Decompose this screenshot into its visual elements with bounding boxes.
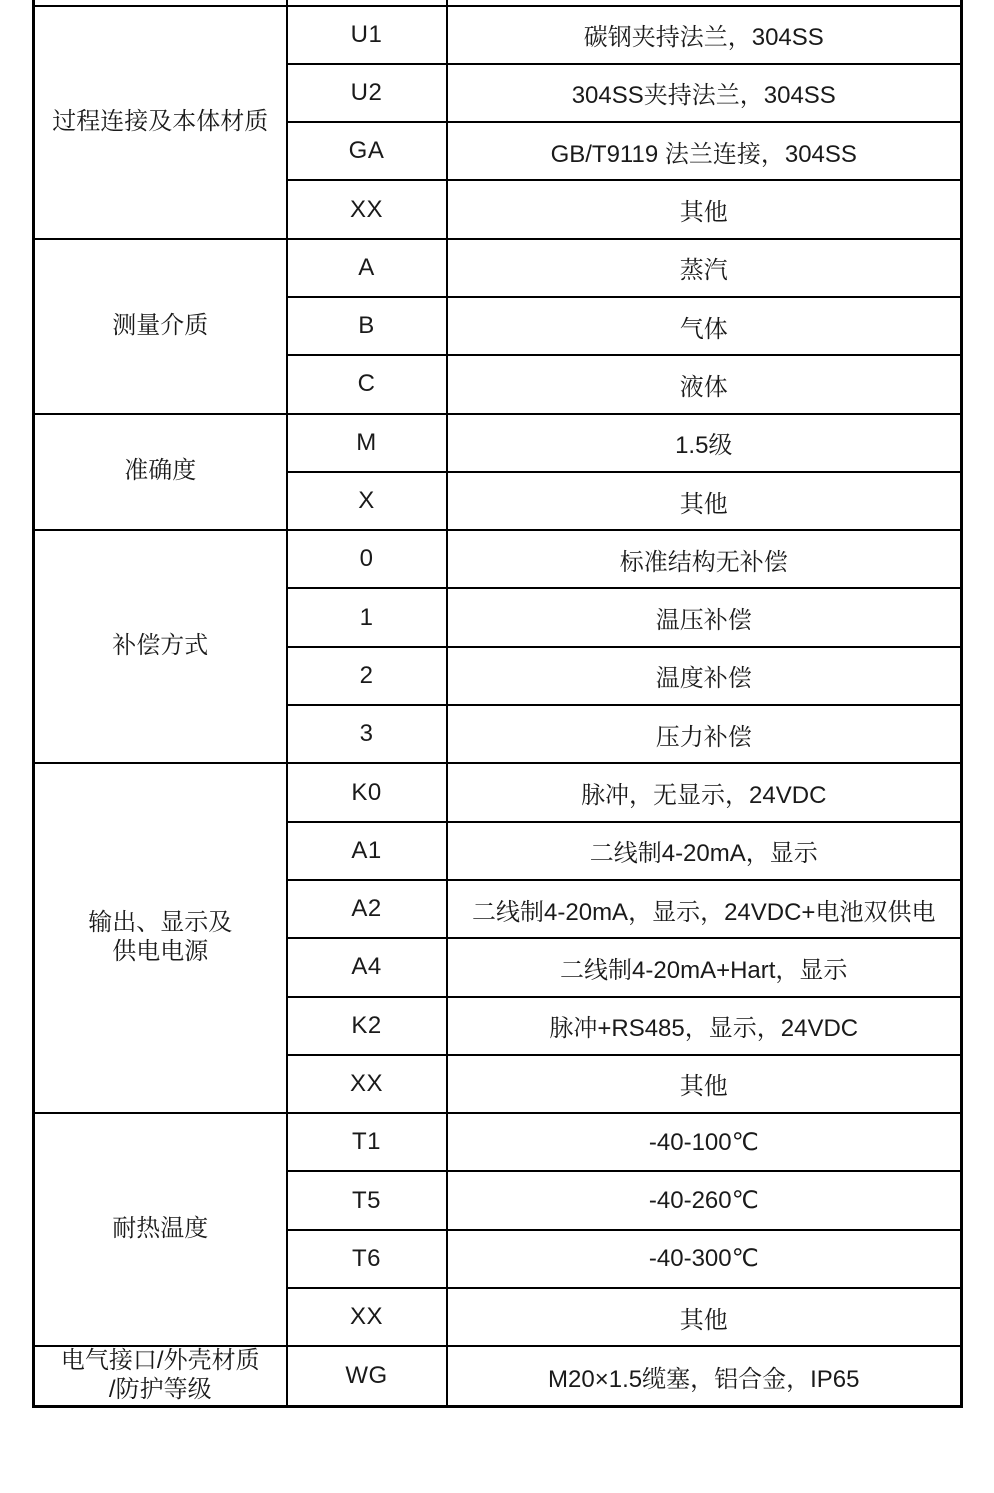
table-row: 测量介质 A 蒸汽 [34, 239, 962, 297]
code-cell: 2 [287, 647, 447, 705]
desc-cell: 标准结构无补偿 [447, 530, 962, 588]
desc-cell: GB/T9119 法兰连接，304SS [447, 122, 962, 180]
code-cell: T5 [287, 1171, 447, 1229]
category-cell: 准确度 [34, 414, 287, 531]
desc-cell: M20×1.5缆塞，铝合金，IP65 [447, 1346, 962, 1406]
desc-cell: 压力补偿 [447, 705, 962, 763]
desc-cell: -40-100℃ [447, 1113, 962, 1171]
category-cell: 补偿方式 [34, 530, 287, 763]
code-cell: U2 [287, 64, 447, 122]
code-cell: C [287, 355, 447, 413]
spec-table: 过程连接及本体材质 U1 碳钢夹持法兰，304SS U2 304SS夹持法兰，3… [32, 0, 963, 1408]
desc-cell: 温压补偿 [447, 588, 962, 646]
table-row: 输出、显示及 供电电源 K0 脉冲，无显示，24VDC [34, 763, 962, 821]
code-cell: 0 [287, 530, 447, 588]
code-cell: U1 [287, 6, 447, 64]
code-cell: WG [287, 1346, 447, 1406]
table-row: 耐热温度 T1 -40-100℃ [34, 1113, 962, 1171]
code-cell: GA [287, 122, 447, 180]
desc-cell: 脉冲，无显示，24VDC [447, 763, 962, 821]
desc-cell: 其他 [447, 1288, 962, 1346]
code-cell: K2 [287, 997, 447, 1055]
table-row: 准确度 M 1.5级 [34, 414, 962, 472]
desc-cell: -40-260℃ [447, 1171, 962, 1229]
code-cell: M [287, 414, 447, 472]
desc-cell: 1.5级 [447, 414, 962, 472]
desc-cell: 液体 [447, 355, 962, 413]
desc-cell: 其他 [447, 180, 962, 238]
code-cell: T6 [287, 1230, 447, 1288]
desc-cell: 脉冲+RS485，显示，24VDC [447, 997, 962, 1055]
code-cell: XX [287, 180, 447, 238]
desc-cell: 二线制4-20mA，显示，24VDC+电池双供电 [447, 880, 962, 938]
table-row: 过程连接及本体材质 U1 碳钢夹持法兰，304SS [34, 6, 962, 64]
category-cell: 过程连接及本体材质 [34, 6, 287, 239]
code-cell: T1 [287, 1113, 447, 1171]
code-cell: A [287, 239, 447, 297]
desc-cell: 其他 [447, 472, 962, 530]
category-cell: 测量介质 [34, 239, 287, 414]
code-cell: 1 [287, 588, 447, 646]
category-cell: 电气接口/外壳材质 /防护等级 [34, 1346, 287, 1406]
desc-cell: 二线制4-20mA，显示 [447, 822, 962, 880]
code-cell: A4 [287, 938, 447, 996]
code-cell: XX [287, 1055, 447, 1113]
desc-cell: 蒸汽 [447, 239, 962, 297]
table-row: 电气接口/外壳材质 /防护等级 WG M20×1.5缆塞，铝合金，IP65 [34, 1346, 962, 1406]
code-cell: K0 [287, 763, 447, 821]
code-cell: XX [287, 1288, 447, 1346]
code-cell: B [287, 297, 447, 355]
category-cell: 耐热温度 [34, 1113, 287, 1346]
desc-cell: 二线制4-20mA+Hart，显示 [447, 938, 962, 996]
code-cell: X [287, 472, 447, 530]
code-cell: A2 [287, 880, 447, 938]
desc-cell: 其他 [447, 1055, 962, 1113]
table-row: 补偿方式 0 标准结构无补偿 [34, 530, 962, 588]
category-cell: 输出、显示及 供电电源 [34, 763, 287, 1113]
desc-cell: 304SS夹持法兰，304SS [447, 64, 962, 122]
code-cell: 3 [287, 705, 447, 763]
spec-table-wrap: 过程连接及本体材质 U1 碳钢夹持法兰，304SS U2 304SS夹持法兰，3… [32, 0, 963, 1408]
desc-cell: -40-300℃ [447, 1230, 962, 1288]
code-cell: A1 [287, 822, 447, 880]
desc-cell: 温度补偿 [447, 647, 962, 705]
desc-cell: 碳钢夹持法兰，304SS [447, 6, 962, 64]
desc-cell: 气体 [447, 297, 962, 355]
